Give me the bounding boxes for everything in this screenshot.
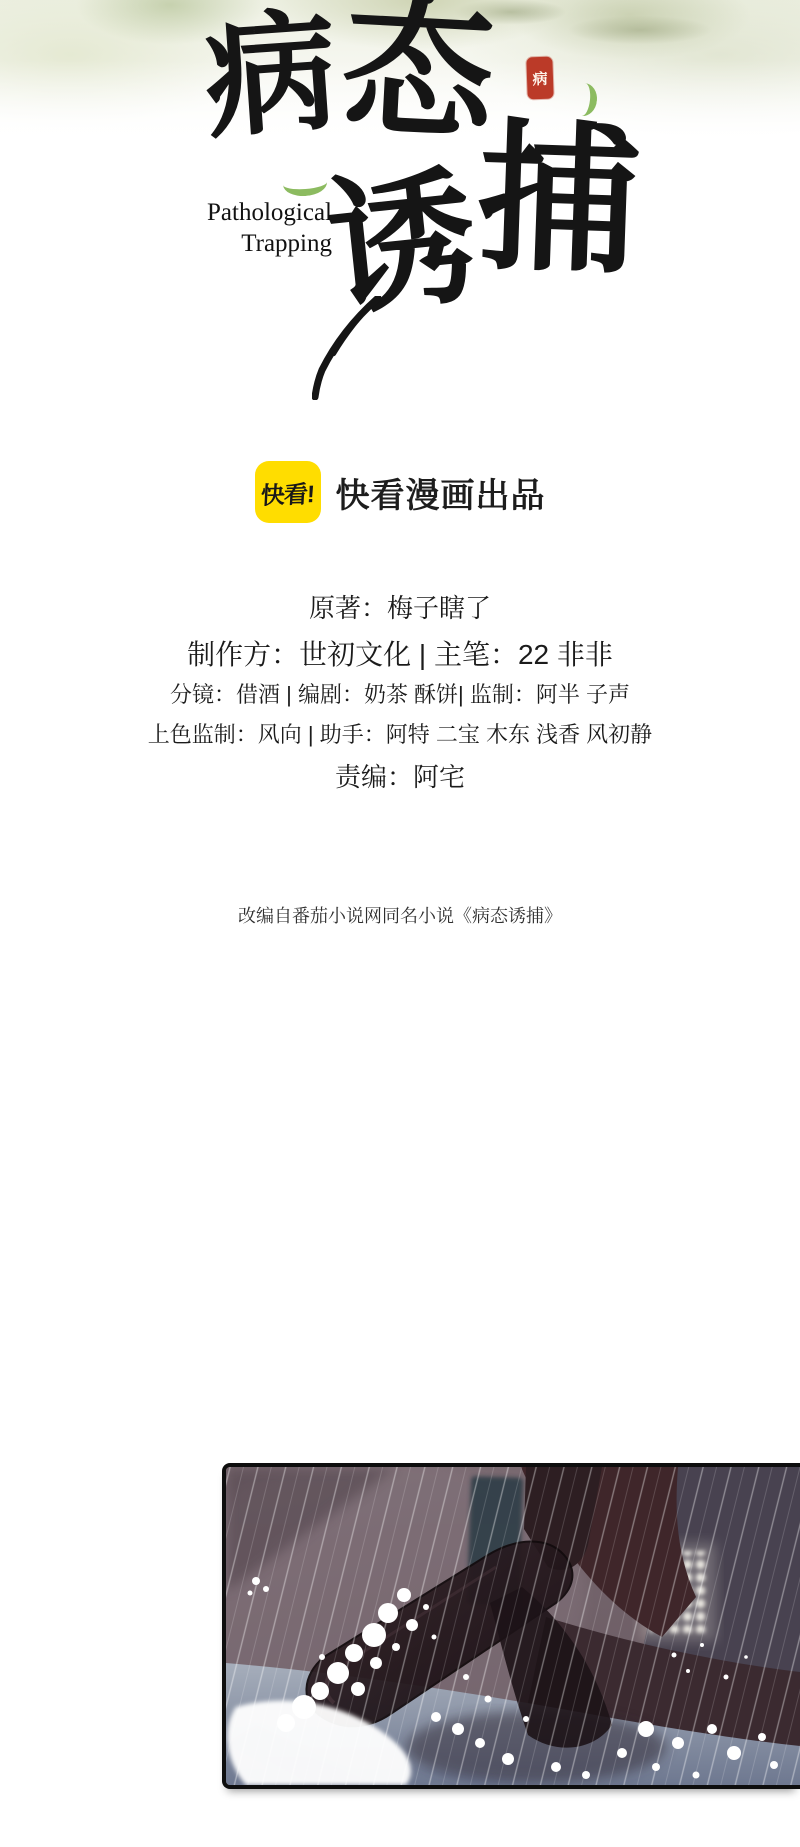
title-char-bing: 病 [201, 6, 342, 147]
title-english-line1: Pathological [140, 197, 332, 228]
seal-char: 病 [532, 67, 548, 89]
credit-line-editor: 责编：阿宅 [0, 757, 800, 794]
title-char-bu: 捕 [475, 117, 643, 285]
publisher-label: 快看漫画出品 [336, 468, 546, 517]
publisher-row: 快看! 快看漫画出品 [0, 461, 800, 523]
panel-illustration [226, 1467, 800, 1785]
credit-line-storyboard: 分镜：借酒 | 编剧：奶茶 酥饼| 监制：阿半 子声 [0, 678, 800, 709]
comic-panel [222, 1463, 800, 1789]
leaf-accent-horizontal [282, 169, 328, 197]
credit-line-coloring: 上色监制：风向 | 助手：阿特 二宝 木东 浅香 风初静 [0, 718, 800, 749]
kuaikan-badge-text: 快看! [260, 474, 315, 511]
title-seal-stamp: 病 [526, 57, 553, 100]
kuaikan-logo-badge: 快看! [255, 461, 321, 523]
title-english-line2: Trapping [140, 228, 332, 259]
title-brush-tail [312, 296, 382, 400]
page-root: 病 态 诱 捕 病 Pathological Trapping 快看! 快看漫画… [0, 0, 800, 1847]
panel-rain-overlay [226, 1467, 800, 1785]
credit-line-author: 原著：梅子瞎了 [0, 588, 800, 625]
credit-line-studio: 制作方：世初文化 | 主笔：22 非非 [0, 633, 800, 673]
title-english: Pathological Trapping [140, 197, 332, 259]
adaptation-note: 改编自番茄小说网同名小说《病态诱捕》 [0, 902, 800, 928]
title-char-tai: 态 [338, 0, 498, 150]
